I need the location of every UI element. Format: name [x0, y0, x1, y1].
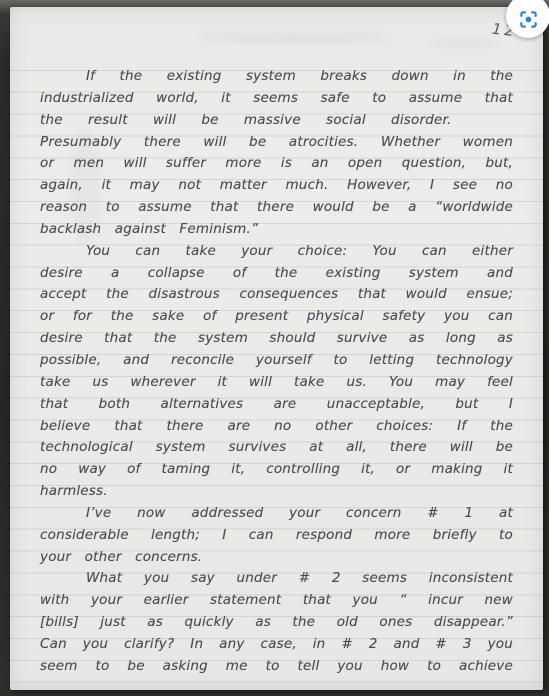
handwritten-line: desire that the system should survive as… — [40, 328, 513, 350]
handwritten-line: or men will suffer more is an open quest… — [40, 153, 513, 175]
handwritten-line: If the existing system breaks down in th… — [40, 66, 513, 88]
handwritten-line: industrialized world, it seems safe to a… — [40, 88, 513, 110]
handwritten-line: desire a collapse of the existing system… — [40, 263, 513, 285]
handwritten-line: backlash against Feminism.” — [40, 219, 513, 241]
handwritten-line: again, it may not matter much. However, … — [40, 175, 513, 197]
handwritten-line: seem to be asking me to tell you how to … — [40, 656, 513, 678]
handwritten-line: your other concerns. — [40, 547, 513, 569]
handwritten-line: possible, and reconcile yourself to lett… — [40, 350, 513, 372]
handwritten-line: that both alternatives are unacceptable,… — [40, 394, 513, 416]
handwritten-line: What you say under # 2 seems inconsisten… — [40, 568, 513, 590]
handwritten-line: I’ve now addressed your concern # 1 at — [40, 503, 513, 525]
paper-smudge — [200, 33, 390, 42]
handwritten-line: technological system survives at all, th… — [40, 437, 513, 459]
handwritten-line: take us wherever it will take us. You ma… — [40, 372, 513, 394]
letter-page: 12 If the existing system breaks down in… — [10, 7, 543, 690]
handwritten-line: harmless. — [40, 481, 513, 503]
paper-smudge — [430, 40, 500, 47]
handwritten-line: You can take your choice: You can either — [40, 241, 513, 263]
handwritten-line: the result will be massive social disord… — [40, 110, 452, 132]
handwritten-line: Can you clarify? In any case, in # 2 and… — [40, 634, 513, 656]
handwritten-line: or for the sake of present physical safe… — [40, 306, 513, 328]
handwritten-line: [bills] just as quickly as the old ones … — [40, 612, 513, 634]
screenshot-canvas: 12 If the existing system breaks down in… — [0, 0, 549, 696]
handwritten-line: accept the disastrous consequences that … — [40, 284, 513, 306]
handwritten-line: Presumably there will be atrocities. Whe… — [40, 132, 513, 154]
handwritten-line: no way of taming it, controlling it, or … — [40, 459, 513, 481]
letter-body: If the existing system breaks down in th… — [40, 66, 513, 678]
lens-viewfinder-icon — [518, 9, 539, 30]
handwritten-line: considerable length; I can respond more … — [40, 525, 513, 547]
handwritten-line: with your earlier statement that you “ i… — [40, 590, 513, 612]
handwritten-line: reason to assume that there would be a “… — [40, 197, 513, 219]
handwritten-line: believe that there are no other choices:… — [40, 416, 513, 438]
lens-search-button[interactable] — [506, 0, 549, 38]
